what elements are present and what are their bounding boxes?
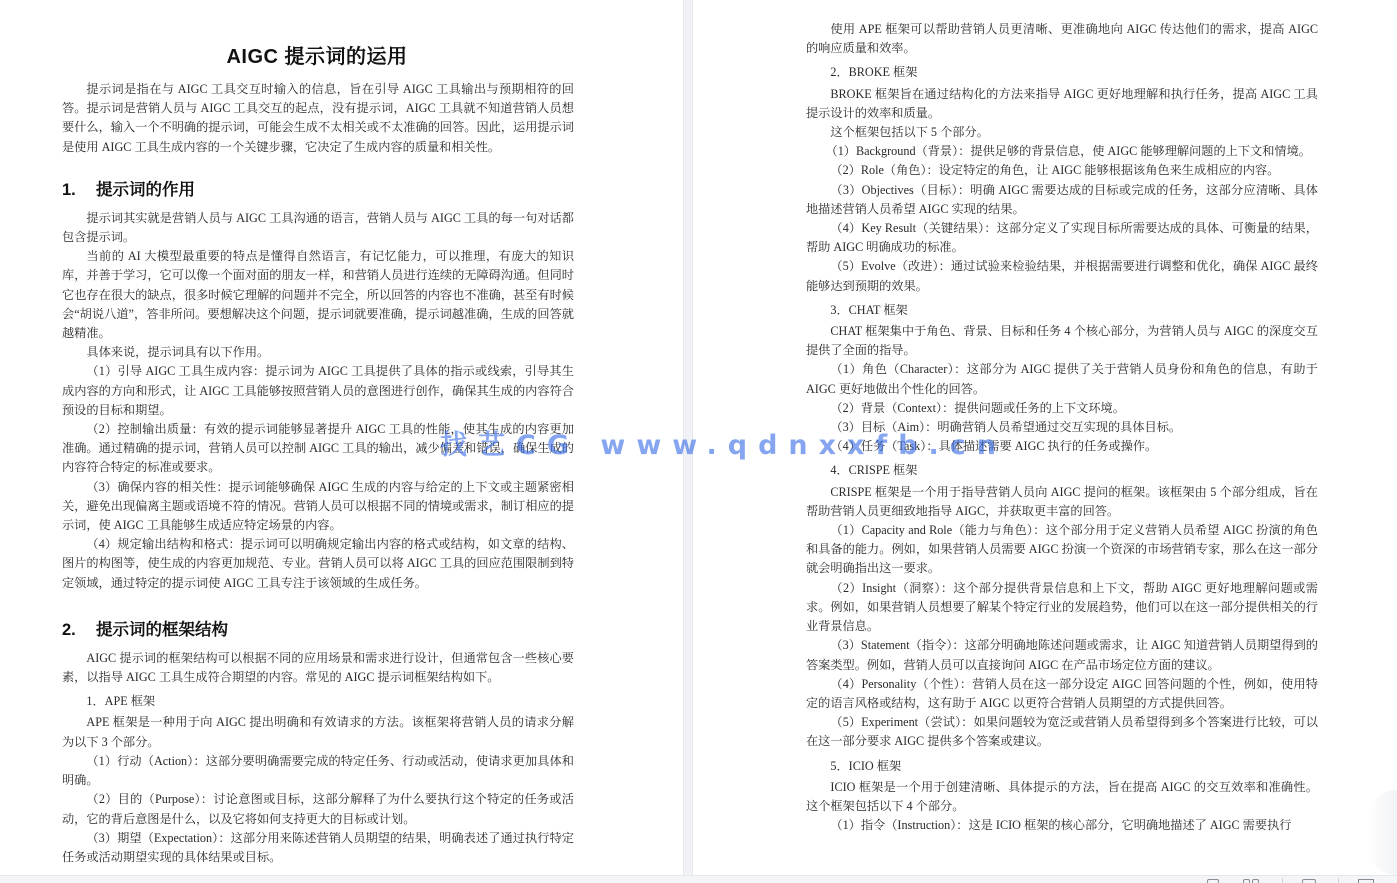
single-page-view-icon[interactable]: [1207, 879, 1219, 883]
list-item: （2）控制输出质量：有效的提示词能够显著提升 AIGC 工具的性能，使其生成的内…: [62, 420, 574, 478]
paragraph: 当前的 AI 大模型最重要的特点是懂得自然语言，有记忆能力，可以推理，有庞大的知…: [62, 247, 574, 343]
page-gutter: [683, 0, 693, 875]
paragraph: AIGC 提示词的框架结构可以根据不同的应用场景和需求进行设计，但通常包含一些核…: [62, 649, 574, 687]
list-item: （1）引导 AIGC 工具生成内容：提示词为 AIGC 工具提供了具体的指示或线…: [62, 362, 574, 420]
list-item: （1）指令（Instruction）：这是 ICIO 框架的核心部分，它明确地描…: [806, 816, 1318, 835]
list-item: （5）Experiment（尝试）：如果问题较为宽泛或营销人员希望得到多个答案进…: [806, 713, 1318, 751]
list-item: （3）确保内容的相关性：提示词能够确保 AIGC 生成的内容与给定的上下文或主题…: [62, 478, 574, 536]
list-item: （4）Personality（个性）：营销人员在这一部分设定 AIGC 回答问题…: [806, 675, 1318, 713]
bottom-toolbar: [0, 875, 1397, 883]
document-title: AIGC 提示词的运用: [0, 40, 634, 69]
subsection-heading-crispe: 4．CRISPE 框架: [806, 461, 1318, 480]
paragraph: BROKE 框架旨在通过结构化的方法来指导 AIGC 更好地理解和执行任务，提高…: [806, 85, 1318, 123]
list-item: （4）规定输出结构和格式：提示词可以明确规定输出内容的格式或结构，如文章的结构、…: [62, 535, 574, 593]
list-item: （1）Capacity and Role（能力与角色）：这个部分用于定义营销人员…: [806, 521, 1318, 579]
list-item: （2）Insight（洞察）：这个部分提供背景信息和上下文，帮助 AIGC 更好…: [806, 579, 1318, 637]
list-item: （3）目标（Aim）：明确营销人员希望通过交互实现的具体目标。: [806, 418, 1318, 437]
paragraph: 具体来说，提示词具有以下作用。: [62, 343, 574, 362]
section-title: 提示词的框架结构: [96, 621, 228, 639]
subsection-heading-icio: 5．ICIO 框架: [806, 757, 1318, 776]
list-item: （4）Key Result（关键结果）：这部分定义了实现目标所需要达成的具体、可…: [806, 219, 1318, 257]
toolbar-divider: [1338, 878, 1339, 883]
list-item: （3）Objectives（目标）：明确 AIGC 需要达成的目标或完成的任务，…: [806, 181, 1318, 219]
left-page-content: 提示词是指在与 AIGC 工具交互时输入的信息，旨在引导 AIGC 工具输出与预…: [62, 80, 574, 867]
list-item: （4）任务（Task）：具体描述需要 AIGC 执行的任务或操作。: [806, 437, 1318, 456]
fit-page-icon[interactable]: [1302, 879, 1316, 883]
subsection-heading-chat: 3．CHAT 框架: [806, 301, 1318, 320]
toolbar-divider: [1282, 878, 1283, 883]
section-1-heading: 1.提示词的作用: [62, 179, 574, 201]
section-title: 提示词的作用: [96, 181, 195, 199]
section-number: 1.: [62, 179, 96, 201]
section-number: 2.: [62, 619, 96, 641]
list-item: （2）目的（Purpose）：讨论意图或目标，这部分解释了为什么要执行这个特定的…: [62, 790, 574, 828]
list-item: （2）背景（Context）：提供问题或任务的上下文环境。: [806, 399, 1318, 418]
list-item: （3）Statement（指令）：这部分明确地陈述问题或需求，让 AIGC 知道…: [806, 636, 1318, 674]
subsection-heading-ape: 1．APE 框架: [62, 692, 574, 711]
list-item: （5）Evolve（改进）：通过试验来检验结果，并根据需要进行调整和优化，确保 …: [806, 257, 1318, 295]
paragraph: 提示词其实就是营销人员与 AIGC 工具沟通的语言，营销人员与 AIGC 工具的…: [62, 209, 574, 247]
paragraph: 这个框架包括以下 5 个部分。: [806, 123, 1318, 142]
list-item: （2）Role（角色）：设定特定的角色，让 AIGC 能够根据该角色来生成相应的…: [806, 161, 1318, 180]
page-turn-shadow: [1367, 790, 1397, 875]
list-item: （1）行动（Action）：这部分要明确需要完成的特定任务、行动或活动，使请求更…: [62, 752, 574, 790]
paragraph: CRISPE 框架是一个用于指导营销人员向 AIGC 提问的框架。该框架由 5 …: [806, 483, 1318, 521]
document-viewer: AIGC 提示词的运用 提示词是指在与 AIGC 工具交互时输入的信息，旨在引导…: [0, 0, 1397, 883]
paragraph: ICIO 框架是一个用于创建清晰、具体提示的方法，旨在提高 AIGC 的交互效率…: [806, 778, 1318, 816]
list-item: （1）角色（Character）：这部分为 AIGC 提供了关于营销人员身份和角…: [806, 360, 1318, 398]
list-item: （3）期望（Expectation）：这部分用来陈述营销人员期望的结果，明确表述…: [62, 829, 574, 867]
list-item: （1）Background（背景）：提供足够的背景信息，使 AIGC 能够理解问…: [806, 142, 1318, 161]
intro-paragraph: 提示词是指在与 AIGC 工具交互时输入的信息，旨在引导 AIGC 工具输出与预…: [62, 80, 574, 157]
two-page-view-icon[interactable]: [1243, 879, 1250, 883]
two-page-view-icon-right: [1252, 879, 1259, 883]
paragraph: CHAT 框架集中于角色、背景、目标和任务 4 个核心部分，为营销人员与 AIG…: [806, 322, 1318, 360]
menu-icon[interactable]: [1358, 879, 1374, 883]
section-2-heading: 2.提示词的框架结构: [62, 619, 574, 641]
paragraph: 使用 APE 框架可以帮助营销人员更清晰、更准确地向 AIGC 传达他们的需求，…: [806, 20, 1318, 58]
page-left: AIGC 提示词的运用 提示词是指在与 AIGC 工具交互时输入的信息，旨在引导…: [0, 0, 683, 875]
subsection-heading-broke: 2．BROKE 框架: [806, 63, 1318, 82]
paragraph: APE 框架是一种用于向 AIGC 提出明确和有效请求的方法。该框架将营销人员的…: [62, 713, 574, 751]
right-page-content: 使用 APE 框架可以帮助营销人员更清晰、更准确地向 AIGC 传达他们的需求，…: [806, 20, 1318, 835]
